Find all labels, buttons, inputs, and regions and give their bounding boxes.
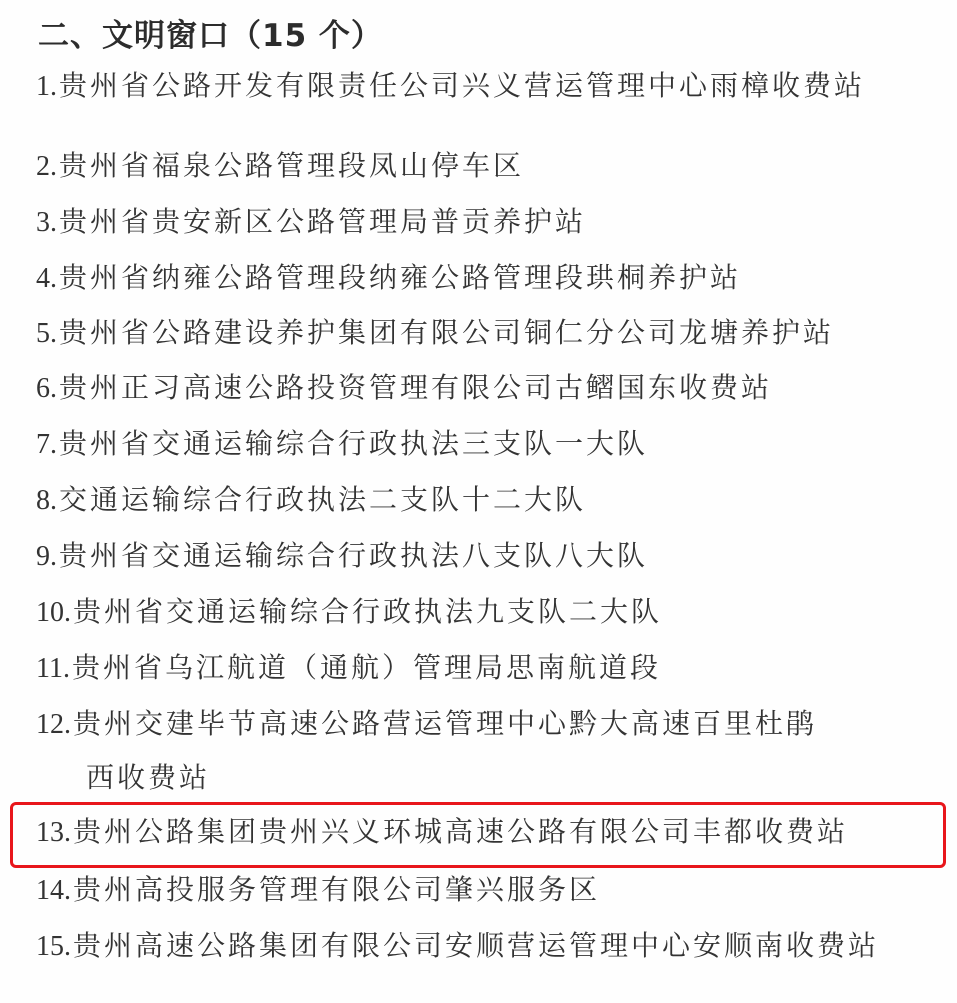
item-number: 8. [36,485,57,516]
item-number: 10. [36,597,71,628]
item-text: 贵州省公路开发有限责任公司兴义营运管理中心雨樟收费站 [59,69,865,102]
item-number: 6. [36,373,57,404]
item-text: 贵州公路集团贵州兴义环城高速公路有限公司丰都收费站 [73,815,848,848]
item-number: 1. [36,71,57,102]
section-heading: 二、文明窗口（15 个） [38,10,383,55]
list-item-1: 1.贵州省公路开发有限责任公司兴义营运管理中心雨樟收费站 [36,68,865,105]
item-number: 14. [36,875,71,906]
list-item-15: 15.贵州高速公路集团有限公司安顺营运管理中心安顺南收费站 [36,928,879,965]
item-text: 贵州正习高速公路投资管理有限公司古鳛国东收费站 [59,371,772,404]
item-text: 贵州高速公路集团有限公司安顺营运管理中心安顺南收费站 [73,929,879,962]
list-item-3: 3.贵州省贵安新区公路管理局普贡养护站 [36,204,586,241]
item-number: 15. [36,931,71,962]
item-text: 贵州省交通运输综合行政执法九支队二大队 [73,595,662,628]
item-text: 贵州交建毕节高速公路营运管理中心黔大高速百里杜鹃 [73,707,817,740]
item-number: 7. [36,429,57,460]
list-item-8: 8.交通运输综合行政执法二支队十二大队 [36,482,586,519]
list-item-14: 14.贵州高投服务管理有限公司肇兴服务区 [36,872,600,909]
list-item-12: 12.贵州交建毕节高速公路营运管理中心黔大高速百里杜鹃 [36,706,817,743]
item-number: 4. [36,263,57,294]
item-number: 12. [36,709,71,740]
item-text: 贵州省贵安新区公路管理局普贡养护站 [59,205,586,238]
item-text: 贵州省交通运输综合行政执法三支队一大队 [59,427,648,460]
item-number: 5. [36,318,57,349]
item-text: 贵州省纳雍公路管理段纳雍公路管理段珙桐养护站 [59,261,741,294]
list-item-5: 5.贵州省公路建设养护集团有限公司铜仁分公司龙塘养护站 [36,315,834,352]
item-number: 13. [36,817,71,848]
item-text: 贵州省乌江航道（通航）管理局思南航道段 [72,651,661,684]
list-item-4: 4.贵州省纳雍公路管理段纳雍公路管理段珙桐养护站 [36,260,741,297]
item-text: 交通运输综合行政执法二支队十二大队 [59,483,586,516]
list-item-10: 10.贵州省交通运输综合行政执法九支队二大队 [36,594,662,631]
item-text: 贵州省交通运输综合行政执法八支队八大队 [59,539,648,572]
item-number: 9. [36,541,57,572]
item-text: 贵州省公路建设养护集团有限公司铜仁分公司龙塘养护站 [59,316,834,349]
document-page: 二、文明窗口（15 个） 1.贵州省公路开发有限责任公司兴义营运管理中心雨樟收费… [0,0,957,1003]
list-item-7: 7.贵州省交通运输综合行政执法三支队一大队 [36,426,648,463]
item-text: 贵州高投服务管理有限公司肇兴服务区 [73,873,600,906]
list-item-2: 2.贵州省福泉公路管理段凤山停车区 [36,148,524,185]
list-item-6: 6.贵州正习高速公路投资管理有限公司古鳛国东收费站 [36,370,772,407]
item-text: 贵州省福泉公路管理段凤山停车区 [59,149,524,182]
item-number: 2. [36,151,57,182]
list-item-11: 11.贵州省乌江航道（通航）管理局思南航道段 [36,650,661,687]
list-item-9: 9.贵州省交通运输综合行政执法八支队八大队 [36,538,648,575]
list-item-13-highlighted: 13.贵州公路集团贵州兴义环城高速公路有限公司丰都收费站 [36,814,848,851]
item-number: 11. [36,653,70,684]
list-item-12-continuation: 西收费站 [86,760,210,796]
item-number: 3. [36,207,57,238]
